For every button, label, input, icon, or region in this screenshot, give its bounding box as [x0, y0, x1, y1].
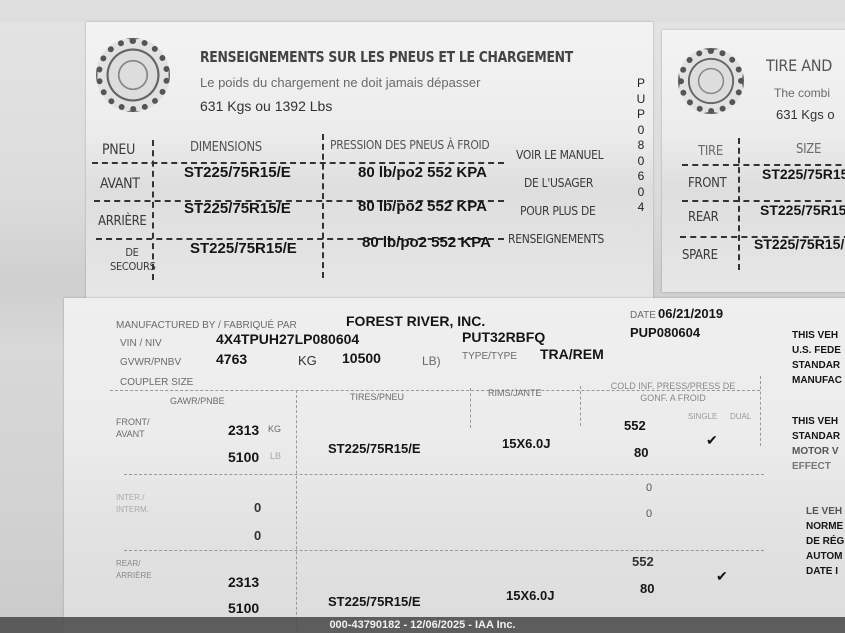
date-label: DATE	[630, 310, 656, 321]
row-size-spare: ST225/75R15/E	[190, 240, 297, 257]
manual-note-line-3: POUR PLUS DE	[520, 204, 595, 218]
grid-line	[322, 134, 324, 278]
header-tire: TIRE	[698, 144, 723, 159]
code-char: 0	[634, 123, 648, 139]
manufacture-date: 06/21/2019	[658, 306, 723, 321]
compliance-line: EFFECT	[792, 459, 840, 474]
french-tire-label: RENSEIGNEMENTS SUR LES PNEUS ET LE CHARG…	[86, 22, 653, 300]
compliance-text-block-1: THIS VEH U.S. FEDE STANDAR MANUFAC	[792, 328, 842, 388]
vehicle-type: TRA/REM	[540, 346, 604, 362]
axle-front-single-checkmark-icon: ✔	[706, 432, 718, 449]
axle-rear-rim: 15X6.0J	[506, 588, 554, 603]
row-position-spare: SPARE	[682, 248, 718, 263]
header-rims: RIMS/JANTE	[488, 388, 542, 398]
english-label-subtitle: The combi	[774, 86, 830, 100]
axle-front-pressure-psi: 80	[634, 445, 648, 460]
axle-front-pressure-kpa: 552	[624, 418, 646, 433]
header-tire: PNEU	[102, 142, 135, 158]
french-label-title: RENSEIGNEMENTS SUR LES PNEUS ET LE CHARG…	[200, 48, 573, 66]
row-size-front: ST225/75R15	[762, 166, 845, 182]
code-char: 0	[634, 185, 648, 201]
row-size-rear: ST225/75R15/E	[184, 200, 291, 217]
row-pressure-spare: 80 lb/po2 552 KPA	[362, 234, 491, 251]
header-dual: DUAL	[730, 412, 751, 421]
axle-front-rim: 15X6.0J	[502, 436, 550, 451]
header-size: SIZE	[796, 142, 821, 157]
type-label: TYPE/TYPE	[462, 351, 517, 362]
certification-label: MANUFACTURED BY / FABRIQUÉ PAR FOREST RI…	[64, 298, 845, 633]
gvwr-lb-value: 10500	[342, 350, 381, 366]
code-char: P	[634, 107, 648, 123]
code-char: 0	[634, 154, 648, 170]
code-char: 4	[634, 200, 648, 216]
compliance-line: AUTOM	[806, 549, 844, 564]
manufacturer-name: FOREST RIVER, INC.	[346, 313, 485, 329]
row-position-rear: ARRIÈRE	[98, 214, 147, 229]
header-size: DIMENSIONS	[190, 140, 262, 155]
gvwr-kg-unit: KG	[298, 353, 317, 368]
french-label-load-limit: 631 Kgs ou 1392 Lbs	[200, 98, 332, 114]
serial-number: PUP080604	[630, 325, 700, 340]
english-label-title: TIRE AND	[766, 56, 832, 75]
compliance-line: STANDAR	[792, 358, 842, 373]
code-char: 8	[634, 138, 648, 154]
tire-logo-icon	[96, 38, 170, 112]
axle-intermediate-pressure-psi: 0	[646, 508, 652, 520]
english-tire-label: TIRE AND The combi 631 Kgs o TIRE SIZE F…	[662, 30, 845, 292]
grid-line	[124, 550, 764, 551]
axle-intermediate-label: INTER./ INTERM.	[116, 492, 166, 516]
compliance-line: LE VEH	[806, 504, 844, 519]
compliance-line: MOTOR V	[792, 444, 840, 459]
row-position-spare: DE SECOURS	[110, 246, 154, 274]
axle-front-tire: ST225/75R15/E	[328, 441, 421, 456]
header-gawr: GAWR/PNBE	[170, 396, 225, 406]
grid-line	[296, 390, 297, 630]
axle-rear-single-checkmark-icon: ✔	[716, 568, 728, 585]
backdrop-top	[0, 0, 845, 22]
vin-label: VIN / NIV	[120, 338, 162, 349]
header-single: SINGLE	[688, 412, 717, 421]
compliance-text-block-2: THIS VEH STANDAR MOTOR V EFFECT	[792, 414, 840, 474]
code-char: P	[634, 76, 648, 92]
header-pressure: PRESSION DES PNEUS À FROID	[330, 138, 489, 152]
axle-rear-tire: ST225/75R15/E	[328, 594, 421, 609]
row-pressure-front: 80 lb/po2 552 KPA	[358, 164, 487, 181]
compliance-line: THIS VEH	[792, 414, 840, 429]
manual-note-line-1: VOIR LE MANUEL	[516, 148, 603, 162]
grid-line	[124, 474, 764, 475]
axle-rear-pressure-kpa: 552	[632, 554, 654, 569]
axle-intermediate-pressure-kpa: 0	[646, 482, 652, 494]
compliance-line: THIS VEH	[792, 328, 842, 343]
model-number: PUT32RBFQ	[462, 329, 545, 345]
compliance-line: DATE I	[806, 564, 844, 579]
axle-rear-gawr-kg: 2313	[228, 574, 259, 590]
code-char: U	[634, 92, 648, 108]
vin-number: 4X4TPUH27LP080604	[216, 331, 359, 347]
grid-line	[470, 388, 471, 428]
axle-front-lb-unit: LB	[270, 451, 281, 461]
compliance-line: NORME	[806, 519, 844, 534]
axle-front-gawr-lb: 5100	[228, 449, 259, 465]
compliance-line: U.S. FEDE	[792, 343, 842, 358]
header-tires: TIRES/PNEU	[350, 392, 404, 402]
gvwr-label: GVWR/PNBV	[120, 357, 181, 368]
row-size-front: ST225/75R15/E	[184, 164, 291, 181]
axle-front-kg-unit: KG	[268, 424, 281, 434]
row-position-front: FRONT	[688, 176, 726, 191]
axle-rear-gawr-lb: 5100	[228, 600, 259, 616]
french-label-subtitle: Le poids du chargement ne doit jamais dé…	[200, 75, 480, 90]
manual-note-line-4: RENSEIGNEMENTS	[508, 232, 604, 246]
grid-line	[760, 376, 761, 446]
axle-intermediate-gawr-kg: 0	[254, 500, 261, 515]
axle-intermediate-gawr-lb: 0	[254, 528, 261, 543]
row-pressure-rear: 80 lb/po2 552 KPA	[358, 198, 487, 215]
grid-line	[738, 138, 740, 270]
tire-logo-icon	[678, 48, 744, 114]
manual-note-line-2: DE L'USAGER	[524, 176, 593, 190]
gvwr-lb-unit: LB)	[422, 354, 441, 368]
watermark-bar: 000-43790182 - 12/06/2025 - IAA Inc.	[0, 617, 845, 633]
row-size-spare: ST225/75R15/	[754, 236, 844, 252]
coupler-size-label: COUPLER SIZE	[120, 377, 193, 388]
vertical-serial-code: P U P 0 8 0 6 0 4	[634, 76, 648, 216]
row-size-rear: ST225/75R15	[760, 202, 845, 218]
axle-rear-label: REAR/ ARRIÈRE	[116, 558, 166, 582]
axle-front-gawr-kg: 2313	[228, 422, 259, 438]
row-position-rear: REAR	[688, 210, 718, 225]
code-char: 6	[634, 169, 648, 185]
grid-line	[580, 386, 581, 426]
manufactured-by-label: MANUFACTURED BY / FABRIQUÉ PAR	[116, 320, 297, 331]
header-pressure: COLD INF. PRESS/PRESS DE GONF. A FROID	[598, 380, 748, 404]
axle-front-label: FRONT/ AVANT	[116, 416, 166, 440]
english-label-load-limit: 631 Kgs o	[776, 107, 835, 122]
compliance-line: DE RÉG	[806, 534, 844, 549]
axle-rear-pressure-psi: 80	[640, 581, 654, 596]
compliance-line: MANUFAC	[792, 373, 842, 388]
row-position-front: AVANT	[100, 176, 140, 192]
gvwr-kg-value: 4763	[216, 351, 247, 367]
compliance-line: STANDAR	[792, 429, 840, 444]
compliance-text-block-3: LE VEH NORME DE RÉG AUTOM DATE I	[806, 504, 844, 579]
